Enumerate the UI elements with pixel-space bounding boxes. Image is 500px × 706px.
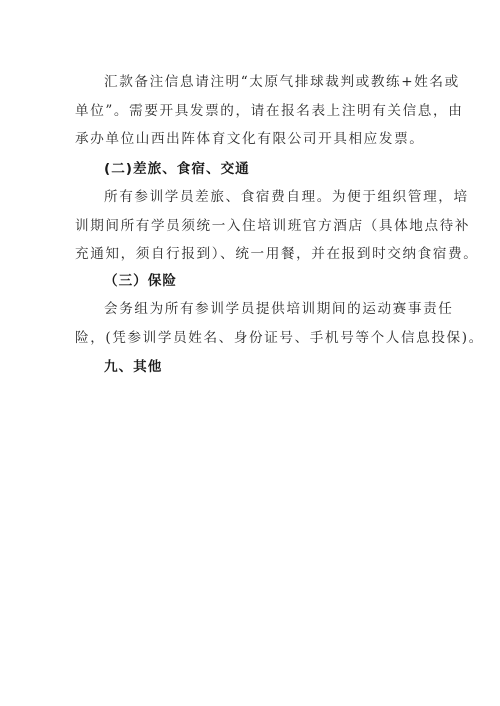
body-text: 单位”。需要开具发票的，请在报名表上注明有关信息，由 xyxy=(75,102,425,120)
body-text: 承办单位山西出阵体育文化有限公司开具相应发票。 xyxy=(75,130,425,148)
body-text: 训期间所有学员须统一入住培训班官方酒店（具体地点待补 xyxy=(75,217,425,235)
document-page: 汇款备注信息请注明“太原气排球裁判或教练+姓名或 单位”。需要开具发票的，请在报… xyxy=(0,0,500,706)
section-heading: (二)差旅、食宿、交通 xyxy=(104,160,425,178)
section-heading: （三）保险 xyxy=(104,272,425,290)
body-text: 充通知，须自行报到）、统一用餐，并在报到时交纳食宿费。 xyxy=(75,245,425,263)
body-text: 汇款备注信息请注明“太原气排球裁判或教练+姓名或 xyxy=(104,73,425,91)
body-text: 所有参训学员差旅、食宿费自理。为便于组织管理，培 xyxy=(104,188,425,206)
body-text: 险，(凭参训学员姓名、身份证号、手机号等个人信息投保)。 xyxy=(75,329,425,347)
body-text: 会务组为所有参训学员提供培训期间的运动赛事责任 xyxy=(104,300,425,318)
section-heading: 九、其他 xyxy=(104,358,425,376)
